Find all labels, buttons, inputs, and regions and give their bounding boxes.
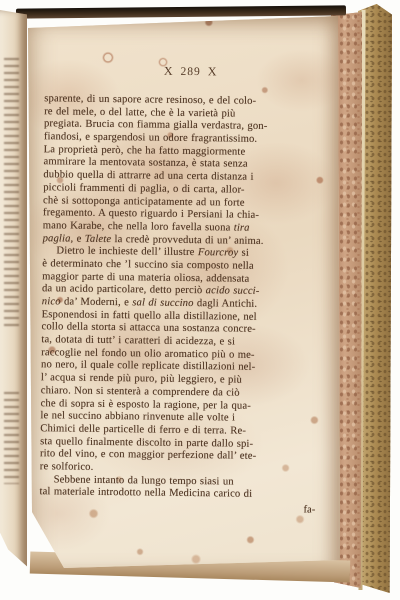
- book-top-edge: [16, 5, 346, 18]
- facing-page-blurred-text: [4, 58, 19, 326]
- page-number: 289: [180, 66, 200, 78]
- page-text-block: X289X sparente, di un sapore acre resino…: [39, 62, 336, 517]
- page-text: sparente, di un sapore acre resinoso, e …: [39, 93, 336, 503]
- header-right-mark: X: [208, 64, 218, 78]
- book-page: X289X sparente, di un sapore acre resino…: [20, 12, 340, 582]
- header-left-mark: X: [164, 64, 174, 78]
- catchword: fa-: [39, 500, 331, 517]
- page-header: X289X: [45, 62, 337, 81]
- facing-page-blurred-text: [4, 392, 19, 484]
- book-photo: X289X sparente, di un sapore acre resino…: [0, 0, 400, 600]
- facing-page-edge: [0, 10, 27, 572]
